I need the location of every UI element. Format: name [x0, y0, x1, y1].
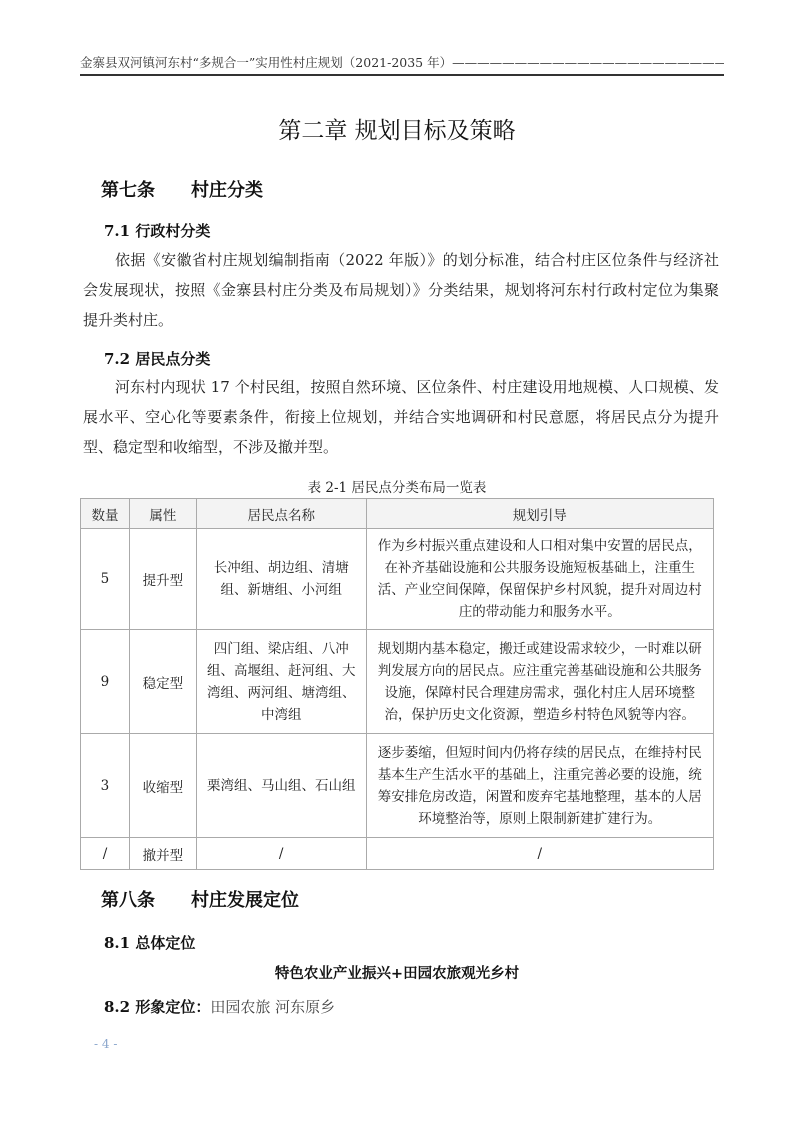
- header-rule: [80, 74, 724, 76]
- cell-count: 3: [81, 734, 130, 838]
- section-7-1-paragraph: 依据《安徽省村庄规划编制指南（2022 年版）》的划分标准，结合村庄区位条件与经…: [83, 245, 719, 335]
- cell-count: 5: [81, 529, 130, 630]
- cell-count: 9: [81, 630, 130, 734]
- cell-guide: 逐步萎缩，但短时间内仍将存续的居民点，在维持村民基本生产生活水平的基础上，注重完…: [366, 734, 713, 838]
- section-8-2-line: 8.2 形象定位：田园农旅 河东原乡: [104, 996, 335, 1017]
- section-8-2-label: 8.2 形象定位：: [104, 998, 210, 1016]
- header-guide: 规划引导: [366, 499, 713, 529]
- table-header-row: 数量 属性 居民点名称 规划引导: [81, 499, 714, 529]
- settlement-classification-table: 数量 属性 居民点名称 规划引导 5 提升型 长冲组、胡边组、清塘组、新塘组、小…: [80, 498, 714, 870]
- table-row: 5 提升型 长冲组、胡边组、清塘组、新塘组、小河组 作为乡村振兴重点建设和人口相…: [81, 529, 714, 630]
- cell-names: 四门组、梁店组、八冲组、高堰组、赶河组、大湾组、两河组、塘湾组、中湾组: [196, 630, 366, 734]
- table-row: 9 稳定型 四门组、梁店组、八冲组、高堰组、赶河组、大湾组、两河组、塘湾组、中湾…: [81, 630, 714, 734]
- article-number: 第八条: [101, 890, 155, 911]
- cell-guide: /: [366, 838, 713, 870]
- table-row: 3 收缩型 栗湾组、马山组、石山组 逐步萎缩，但短时间内仍将存续的居民点，在维持…: [81, 734, 714, 838]
- page-number: - 4 -: [94, 1037, 117, 1051]
- article-number: 第七条: [101, 180, 155, 201]
- section-7-2-paragraph: 河东村内现状 17 个村民组，按照自然环境、区位条件、村庄建设用地规模、人口规模…: [83, 372, 719, 462]
- cell-guide: 作为乡村振兴重点建设和人口相对集中安置的居民点，在补齐基础设施和公共服务设施短板…: [366, 529, 713, 630]
- cell-type: 提升型: [129, 529, 196, 630]
- cell-type: 稳定型: [129, 630, 196, 734]
- header-dashes: ———————————————————————————————: [452, 55, 724, 70]
- cell-type: 收缩型: [129, 734, 196, 838]
- cell-guide: 规划期内基本稳定，搬迁或建设需求较少，一时难以研判发展方向的居民点。应注重完善基…: [366, 630, 713, 734]
- section-8-1-heading: 8.1 总体定位: [104, 932, 195, 953]
- cell-type: 撤并型: [129, 838, 196, 870]
- header-count: 数量: [81, 499, 130, 529]
- chapter-title: 第二章 规划目标及策略: [0, 112, 794, 145]
- table-row: / 撤并型 / /: [81, 838, 714, 870]
- table-caption: 表 2-1 居民点分类布局一览表: [0, 476, 794, 496]
- header-type: 属性: [129, 499, 196, 529]
- cell-count: /: [81, 838, 130, 870]
- article-title: 村庄发展定位: [191, 890, 299, 911]
- section-7-1-heading: 7.1 行政村分类: [104, 220, 210, 241]
- article-8-heading: 第八条村庄发展定位: [101, 886, 299, 912]
- overall-positioning-slogan: 特色农业产业振兴+田园农旅观光乡村: [0, 962, 794, 983]
- running-header: 金寨县双河镇河东村“多规合一”实用性村庄规划（2021-2035 年）—————…: [80, 54, 724, 72]
- cell-names: 栗湾组、马山组、石山组: [196, 734, 366, 838]
- header-title: 金寨县双河镇河东村“多规合一”实用性村庄规划（2021-2035 年）: [80, 55, 452, 70]
- cell-names: 长冲组、胡边组、清塘组、新塘组、小河组: [196, 529, 366, 630]
- header-names: 居民点名称: [196, 499, 366, 529]
- section-8-2-value: 田园农旅 河东原乡: [210, 998, 335, 1016]
- cell-names: /: [196, 838, 366, 870]
- section-7-2-heading: 7.2 居民点分类: [104, 348, 210, 369]
- article-7-heading: 第七条村庄分类: [101, 176, 263, 202]
- article-title: 村庄分类: [191, 180, 263, 201]
